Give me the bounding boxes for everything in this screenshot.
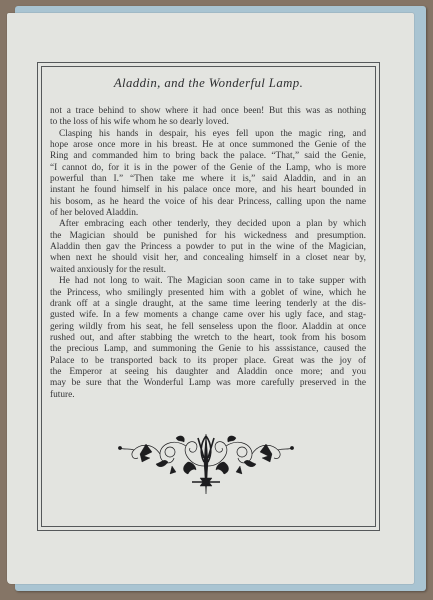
text-line: Clasping his hands in despair, his eyes … (50, 129, 366, 140)
text-line: the Magician should be punished for his … (50, 231, 366, 242)
text-line: After embracing each other tenderly, the… (50, 219, 366, 230)
text-line: future. (50, 390, 366, 401)
text-line: not a trace behind to show where it had … (50, 106, 366, 117)
story-text: not a trace behind to show where it had … (50, 106, 366, 401)
page-title: Aladdin, and the Wonderful Lamp. (41, 76, 376, 91)
text-line: waited anxiously for the result. (50, 265, 366, 276)
text-line: the Princess, who smilingly presented hi… (50, 288, 366, 299)
text-line: his bosom, as he heard the voice of his … (50, 197, 366, 208)
text-line: of her beloved Aladdin. (50, 208, 366, 219)
text-line: gusted wife. In a few moments a change c… (50, 310, 366, 321)
text-line: drank off at a single draught, at the sa… (50, 299, 366, 310)
text-line: when next he should visit her, and conce… (50, 253, 366, 264)
text-line: hope arose once more in his breast. He a… (50, 140, 366, 151)
text-line: rushed out, and after stabbing the wretc… (50, 333, 366, 344)
text-line: Palace to be transported back to its pro… (50, 356, 366, 367)
text-line: the Emperor at seeing his daughter and A… (50, 367, 366, 378)
text-line: Ring and commanded him to bring back the… (50, 151, 366, 162)
text-line: “I cannot do, for it is in the power of … (50, 163, 366, 174)
text-line: Aladdin then gav the Princess a powder t… (50, 242, 366, 253)
text-line: may be sure that the Wonderful Lamp was … (50, 378, 366, 389)
floral-ornament-icon (116, 432, 296, 498)
text-line: gering wildly from his seat, he fell sen… (50, 322, 366, 333)
text-line: the precious Lamp, and summoning the Gen… (50, 344, 366, 355)
text-line: He had not long to wait. The Magician so… (50, 276, 366, 287)
text-line: to the loss of his wife whom he so dearl… (50, 117, 366, 128)
text-line: powerful than I.” “Then take me where it… (50, 174, 366, 185)
text-line: instant he found himself in his palace o… (50, 185, 366, 196)
